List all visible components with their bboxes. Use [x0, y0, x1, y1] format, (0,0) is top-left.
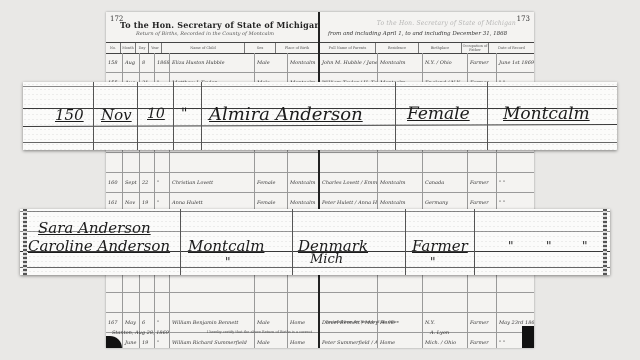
- table-cell: [423, 293, 468, 312]
- table-cell: Montcalm: [378, 53, 423, 72]
- ink-blot: [522, 326, 534, 348]
- table-cell: [123, 273, 140, 292]
- parents-birthplace-2: Mich: [310, 252, 343, 267]
- table-row: [320, 273, 534, 293]
- column-header: Name of Child: [162, 43, 245, 53]
- parents-residence: Montcalm: [188, 237, 264, 255]
- table-cell: [423, 153, 468, 172]
- footer-place-date: Stanton, Aug 28, 1869: [112, 330, 169, 336]
- table-cell: June 1st 1869: [497, 53, 534, 72]
- table-cell: Peter Summerfield / Ann Rachel Summerfie…: [320, 333, 378, 348]
- table-cell: [255, 293, 288, 312]
- occupation-ditto: ": [430, 255, 436, 269]
- table-cell: John M. Hubble / Janet Hubble: [320, 53, 378, 72]
- table-row: Charles Lovett / Emma L. LovettMontcalmC…: [320, 173, 534, 193]
- birth-place: Montcalm: [503, 104, 590, 124]
- column-header: Month: [121, 43, 136, 53]
- table-cell: Farmer: [468, 173, 497, 192]
- table-cell: [170, 293, 255, 312]
- left-page: 172 To the Hon. Secretary of State of Mi…: [106, 12, 320, 348]
- mother-name: Caroline Anderson: [28, 237, 170, 255]
- table-cell: Sept: [123, 173, 140, 192]
- table-cell: [378, 273, 423, 292]
- table-cell: Female: [255, 173, 288, 192]
- column-header: Year: [149, 43, 162, 53]
- table-cell: [378, 153, 423, 172]
- column-header: Birthplace: [419, 43, 462, 53]
- table-row: [106, 153, 318, 173]
- table-cell: Montcalm: [288, 173, 318, 192]
- table-cell: Home: [288, 333, 318, 348]
- table-row: 158Aug81868Eliza Huston HubbleMaleMontca…: [106, 53, 318, 73]
- table-cell: [155, 153, 170, 172]
- table-cell: William Richard Summerfield: [170, 333, 255, 348]
- page-title: To the Hon. Secretary of State of Michig…: [120, 20, 320, 30]
- table-row: [106, 293, 318, 313]
- table-cell: Christian Lovett: [170, 173, 255, 192]
- table-cell: Male: [255, 333, 288, 348]
- date-ditto: ": [546, 239, 552, 253]
- table-cell: [155, 293, 170, 312]
- footer-note: Recorded from the Records of this Office: [326, 320, 399, 324]
- table-cell: [320, 273, 378, 292]
- date-ditto: ": [582, 239, 588, 253]
- table-cell: Canada: [423, 173, 468, 192]
- table-cell: [123, 293, 140, 312]
- entry-number: 150: [55, 106, 84, 124]
- entry-year: ": [181, 106, 187, 122]
- zoom-strip-parents-entry: Sara Anderson Caroline Anderson Montcalm…: [20, 209, 610, 275]
- column-header: No.: [106, 43, 121, 53]
- table-cell: [378, 293, 423, 312]
- child-name: Almira Anderson: [209, 104, 363, 125]
- residence-ditto: ": [225, 255, 231, 269]
- table-cell: [423, 273, 468, 292]
- child-sex: Female: [407, 104, 470, 124]
- table-cell: [170, 273, 255, 292]
- table-cell: Montcalm: [288, 53, 318, 72]
- father-name: Sara Anderson: [38, 219, 151, 237]
- table-cell: Aug: [123, 53, 140, 72]
- table-cell: Farmer: [468, 333, 497, 348]
- column-header: Residence: [376, 43, 419, 53]
- column-header: Date of Record: [489, 43, 534, 53]
- table-cell: 8: [140, 53, 155, 72]
- table-cell: [497, 153, 534, 172]
- table-cell: [140, 273, 155, 292]
- table-row: [320, 153, 534, 173]
- date-ditto: ": [508, 239, 514, 253]
- table-cell: [140, 293, 155, 312]
- column-header: Full Name of Parents: [320, 43, 376, 53]
- table-cell: Eliza Huston Hubble: [170, 53, 255, 72]
- column-header: Occupation of Father: [462, 43, 489, 53]
- column-header: Sex: [245, 43, 276, 53]
- table-cell: [255, 273, 288, 292]
- table-cell: Farmer: [468, 313, 497, 332]
- table-cell: [140, 153, 155, 172]
- table-cell: Farmer: [468, 53, 497, 72]
- table-cell: 158: [106, 53, 123, 72]
- table-cell: [468, 153, 497, 172]
- column-header: Day: [136, 43, 149, 53]
- table-cell: ": [155, 173, 170, 192]
- table-cell: [320, 293, 378, 312]
- ledger-spread: 172 To the Hon. Secretary of State of Mi…: [106, 12, 534, 348]
- column-header: Place of Birth: [276, 43, 318, 53]
- table-cell: [288, 153, 318, 172]
- table-cell: " ": [497, 173, 534, 192]
- page-title: To the Hon. Secretary of State of Michig…: [377, 20, 516, 27]
- table-row: Peter Summerfield / Ann Rachel Summerfie…: [320, 333, 534, 348]
- table-cell: [497, 293, 534, 312]
- table-cell: 22: [140, 173, 155, 192]
- entry-day: 10: [147, 106, 165, 122]
- table-row: 160Sept22"Christian LovettFemaleMontcalm: [106, 173, 318, 193]
- table-cell: [123, 153, 140, 172]
- table-cell: 1868: [155, 53, 170, 72]
- footer-note: I hereby certify that the above Return o…: [207, 330, 312, 334]
- table-row: [320, 293, 534, 313]
- table-cell: [106, 273, 123, 292]
- table-cell: [106, 153, 123, 172]
- table-cell: Male: [255, 53, 288, 72]
- page-subtitle: from and including April 1, to and inclu…: [328, 31, 507, 37]
- table-cell: [288, 273, 318, 292]
- page-subtitle: Return of Births, Recorded in the County…: [136, 31, 274, 37]
- table-cell: Home: [378, 333, 423, 348]
- signature: A. Lyon: [430, 330, 449, 336]
- zoom-strip-child-entry: 150 Nov 10 " Almira Anderson Female Mont…: [23, 82, 617, 150]
- table-cell: [106, 293, 123, 312]
- table-cell: [288, 293, 318, 312]
- table-row: John M. Hubble / Janet HubbleMontcalmN.Y…: [320, 53, 534, 73]
- table-cell: [155, 273, 170, 292]
- table-cell: [468, 273, 497, 292]
- table-cell: N.Y. / Ohio: [423, 53, 468, 72]
- table-cell: Montcalm: [378, 173, 423, 192]
- table-cell: 160: [106, 173, 123, 192]
- right-page: 173 To the Hon. Secretary of State of Mi…: [320, 12, 534, 348]
- table-cell: Charles Lovett / Emma L. Lovett: [320, 173, 378, 192]
- table-cell: [497, 273, 534, 292]
- table-cell: [255, 153, 288, 172]
- entry-month: Nov: [101, 106, 132, 124]
- table-cell: [170, 153, 255, 172]
- table-cell: [320, 153, 378, 172]
- father-occupation: Farmer: [412, 237, 468, 255]
- page-number: 173: [517, 15, 530, 23]
- table-cell: [468, 293, 497, 312]
- table-row: [106, 273, 318, 293]
